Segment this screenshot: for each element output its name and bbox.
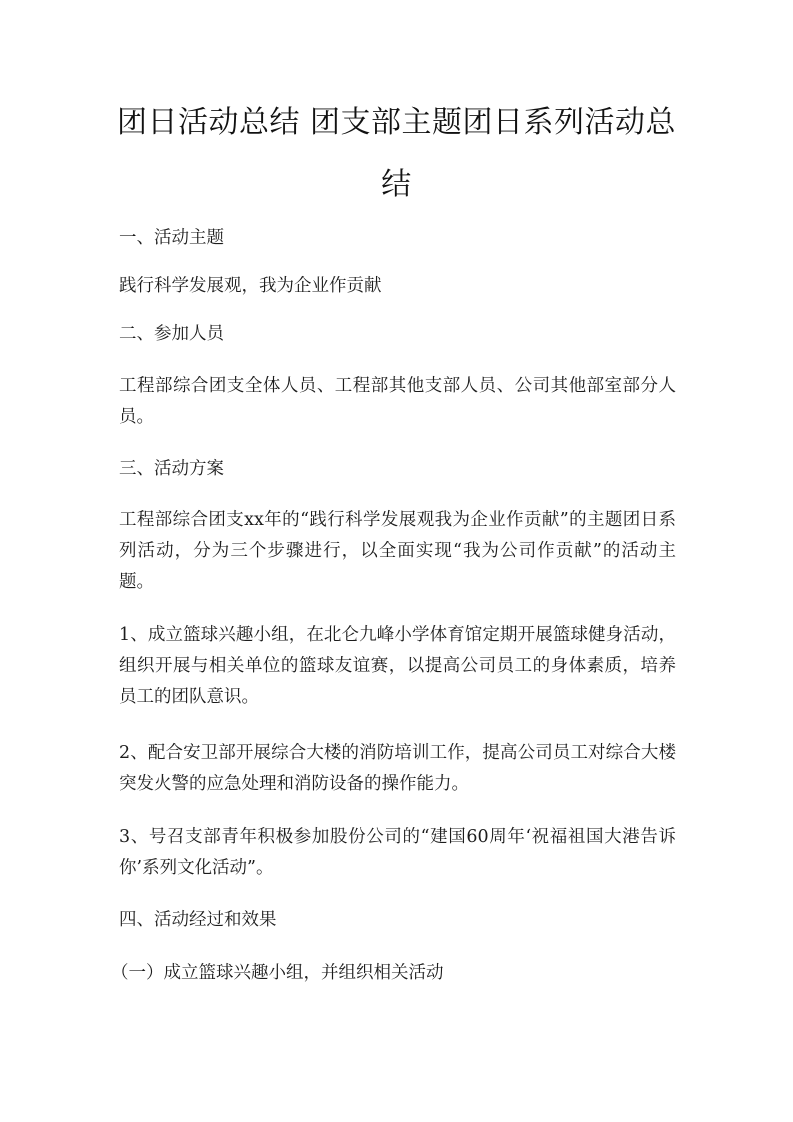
subheading-basketball-group: （一）成立篮球兴趣小组，并组织相关活动 xyxy=(111,958,668,989)
section-heading-activity-theme: 一、活动主题 xyxy=(119,223,676,254)
paragraph-participants: 工程部综合团支全体人员、工程部其他支部人员、公司其他部室部分人员。 xyxy=(119,371,676,433)
list-item-anniversary-activities: 3、号召支部青年积极参加股份公司的“建国60周年‘祝福祖国大港告诉你’系列文化活… xyxy=(119,822,676,884)
section-heading-process-and-results: 四、活动经过和效果 xyxy=(119,905,676,936)
section-heading-participants: 二、参加人员 xyxy=(119,319,676,350)
document-page: 团日活动总结 团支部主题团日系列活动总结 一、活动主题 践行科学发展观，我为企业… xyxy=(0,0,793,1122)
section-heading-activity-plan: 三、活动方案 xyxy=(119,454,676,485)
paragraph-activity-plan: 工程部综合团支xx年的“践行科学发展观我为企业作贡献”的主题团日系列活动，分为三… xyxy=(119,505,676,598)
paragraph-activity-theme: 践行科学发展观，我为企业作贡献 xyxy=(119,271,676,302)
document-title: 团日活动总结 团支部主题团日系列活动总结 xyxy=(115,92,678,216)
list-item-fire-training: 2、配合安卫部开展综合大楼的消防培训工作，提高公司员工对综合大楼突发火警的应急处… xyxy=(119,738,676,800)
list-item-basketball-group: 1、成立篮球兴趣小组，在北仑九峰小学体育馆定期开展篮球健身活动，组织开展与相关单… xyxy=(119,620,676,713)
